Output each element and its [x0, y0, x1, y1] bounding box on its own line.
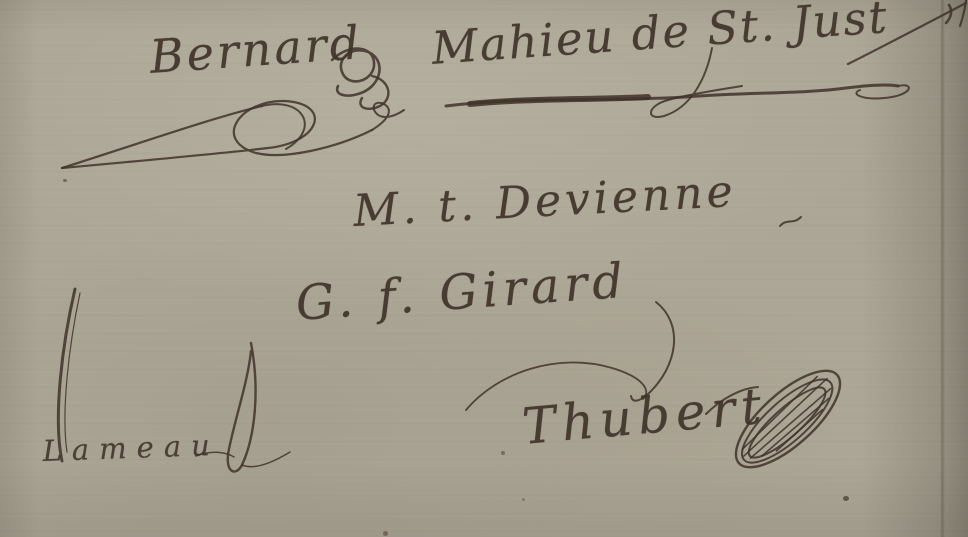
lameau-tall-loop-letter	[196, 343, 290, 472]
thubert-lead-in-arc	[466, 362, 646, 410]
flourish-stroke	[651, 48, 742, 117]
flourish-stroke	[242, 452, 290, 467]
flourish-strokes	[0, 0, 968, 537]
paraph-hatch	[742, 379, 828, 457]
mahieu-underline-with-curl	[446, 48, 909, 117]
manuscript-photo: Bernard Mahieu de St. Just M. t. Devienn…	[0, 0, 968, 537]
paraph-oval	[722, 356, 855, 483]
bernard-cone-paraph	[62, 101, 404, 168]
ink-speck	[63, 179, 67, 182]
flourish-stroke	[228, 343, 256, 472]
flourish-stroke	[262, 103, 404, 149]
ink-speck	[843, 496, 849, 501]
flourish-stroke	[62, 101, 372, 168]
flourish-stroke	[332, 49, 380, 96]
flourish-stroke	[470, 97, 648, 104]
girard-descending-tail	[631, 302, 674, 401]
bernard-terminal-loop-flourish	[332, 49, 388, 109]
flourish-stroke	[65, 293, 80, 452]
ink-speck	[522, 498, 525, 501]
paraph-oval	[731, 367, 844, 474]
devienne-trailing-tilde	[780, 217, 801, 226]
saint-just-ascending-corner-swash	[848, 0, 966, 64]
lameau-tall-stroke	[58, 289, 80, 461]
thubert-hatched-oval-paraph	[722, 356, 855, 483]
paraph-hatch	[762, 397, 829, 457]
thubert-t-crossbar-swash	[706, 387, 758, 414]
ink-speck	[383, 531, 388, 536]
flourish-stroke	[848, 3, 966, 64]
flourish-stroke	[58, 289, 75, 461]
ink-layer: Bernard Mahieu de St. Just M. t. Devienn…	[0, 0, 968, 537]
ink-speck	[501, 451, 505, 455]
